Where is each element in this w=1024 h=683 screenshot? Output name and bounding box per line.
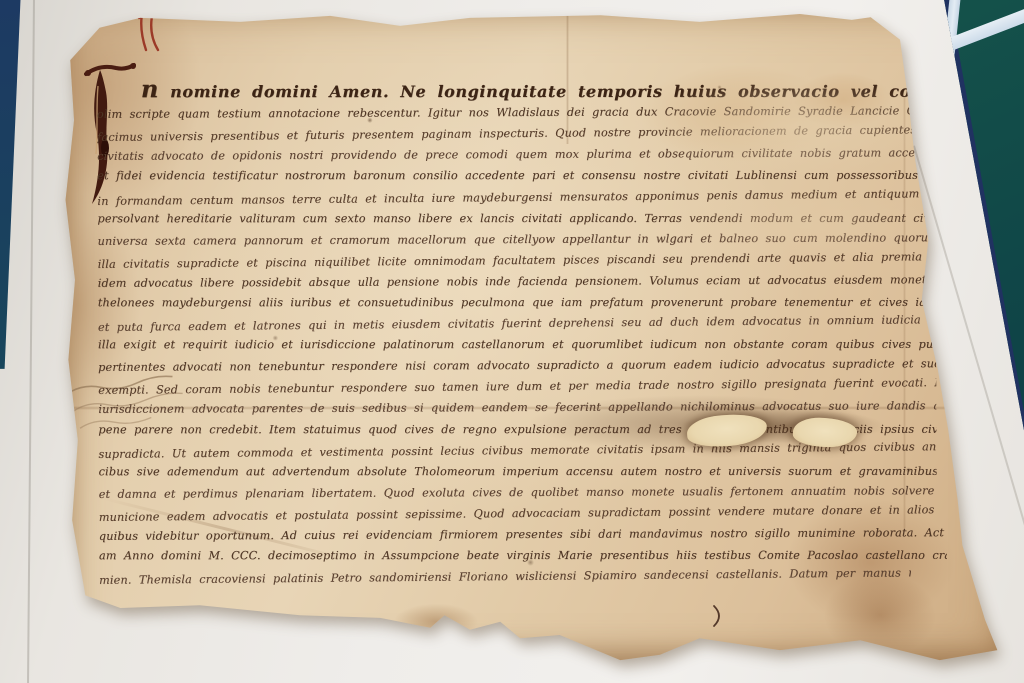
manuscript-line: thelonees maydeburgensi aliis iuribus et…: [98, 297, 936, 310]
parchment-charter: n nomine domini Amen. Ne longinquitate t…: [58, 8, 1003, 668]
manuscript-text-block: n nomine domini Amen. Ne longinquitate t…: [57, 6, 1005, 670]
manuscript-line: et puta furca eadem et latrones qui in m…: [98, 314, 936, 334]
photo-canvas: n nomine domini Amen. Ne longinquitate t…: [0, 0, 1024, 683]
manuscript-line: mien. Themisla cracoviensi palatinis Pet…: [99, 567, 911, 587]
manuscript-line: n nomine domini Amen. Ne longinquitate t…: [141, 76, 919, 103]
manuscript-line: pertinentes advocati non tenebuntur resp…: [98, 358, 936, 374]
parchment-wrapper: n nomine domini Amen. Ne longinquitate t…: [0, 0, 1024, 683]
manuscript-line: universa sexta camera pannorum et cramor…: [98, 232, 936, 248]
manuscript-line: iurisdiccionem advocata parentes de suis…: [98, 400, 936, 416]
manuscript-line: municione eadem advocatis et postulata p…: [99, 504, 937, 524]
manuscript-line: quibus videbitur oportunum. Ad cuius rei…: [99, 527, 945, 543]
manuscript-line: idem advocatus libere possidebit absque …: [98, 274, 936, 290]
manuscript-line: illa exigit et requirit iudicio et iuris…: [98, 339, 936, 352]
manuscript-line: am Anno domini M. CCC. decimoseptimo in …: [99, 550, 947, 563]
manuscript-line: olim scripte quam testium annotacione re…: [97, 105, 935, 121]
manuscript-line: in formandam centum mansos terre culta e…: [97, 188, 935, 208]
manuscript-line: civitatis advocato de opidonis nostri pr…: [97, 147, 935, 163]
manuscript-line: cibus sive ademendum aut advertendum abs…: [99, 466, 937, 479]
manuscript-line: persolvant hereditarie valituram cum sex…: [97, 213, 935, 226]
manuscript-line: facimus universis presentibus et futuris…: [97, 124, 935, 144]
manuscript-line: et fidei evidencia testificatur nostroru…: [97, 170, 935, 183]
manuscript-line: exempti. Sed coram nobis tenebuntur resp…: [98, 377, 936, 397]
manuscript-line: et damna et perdimus plenariam libertate…: [99, 485, 937, 501]
manuscript-line: illa civitatis supradicte et piscina niq…: [98, 251, 936, 271]
